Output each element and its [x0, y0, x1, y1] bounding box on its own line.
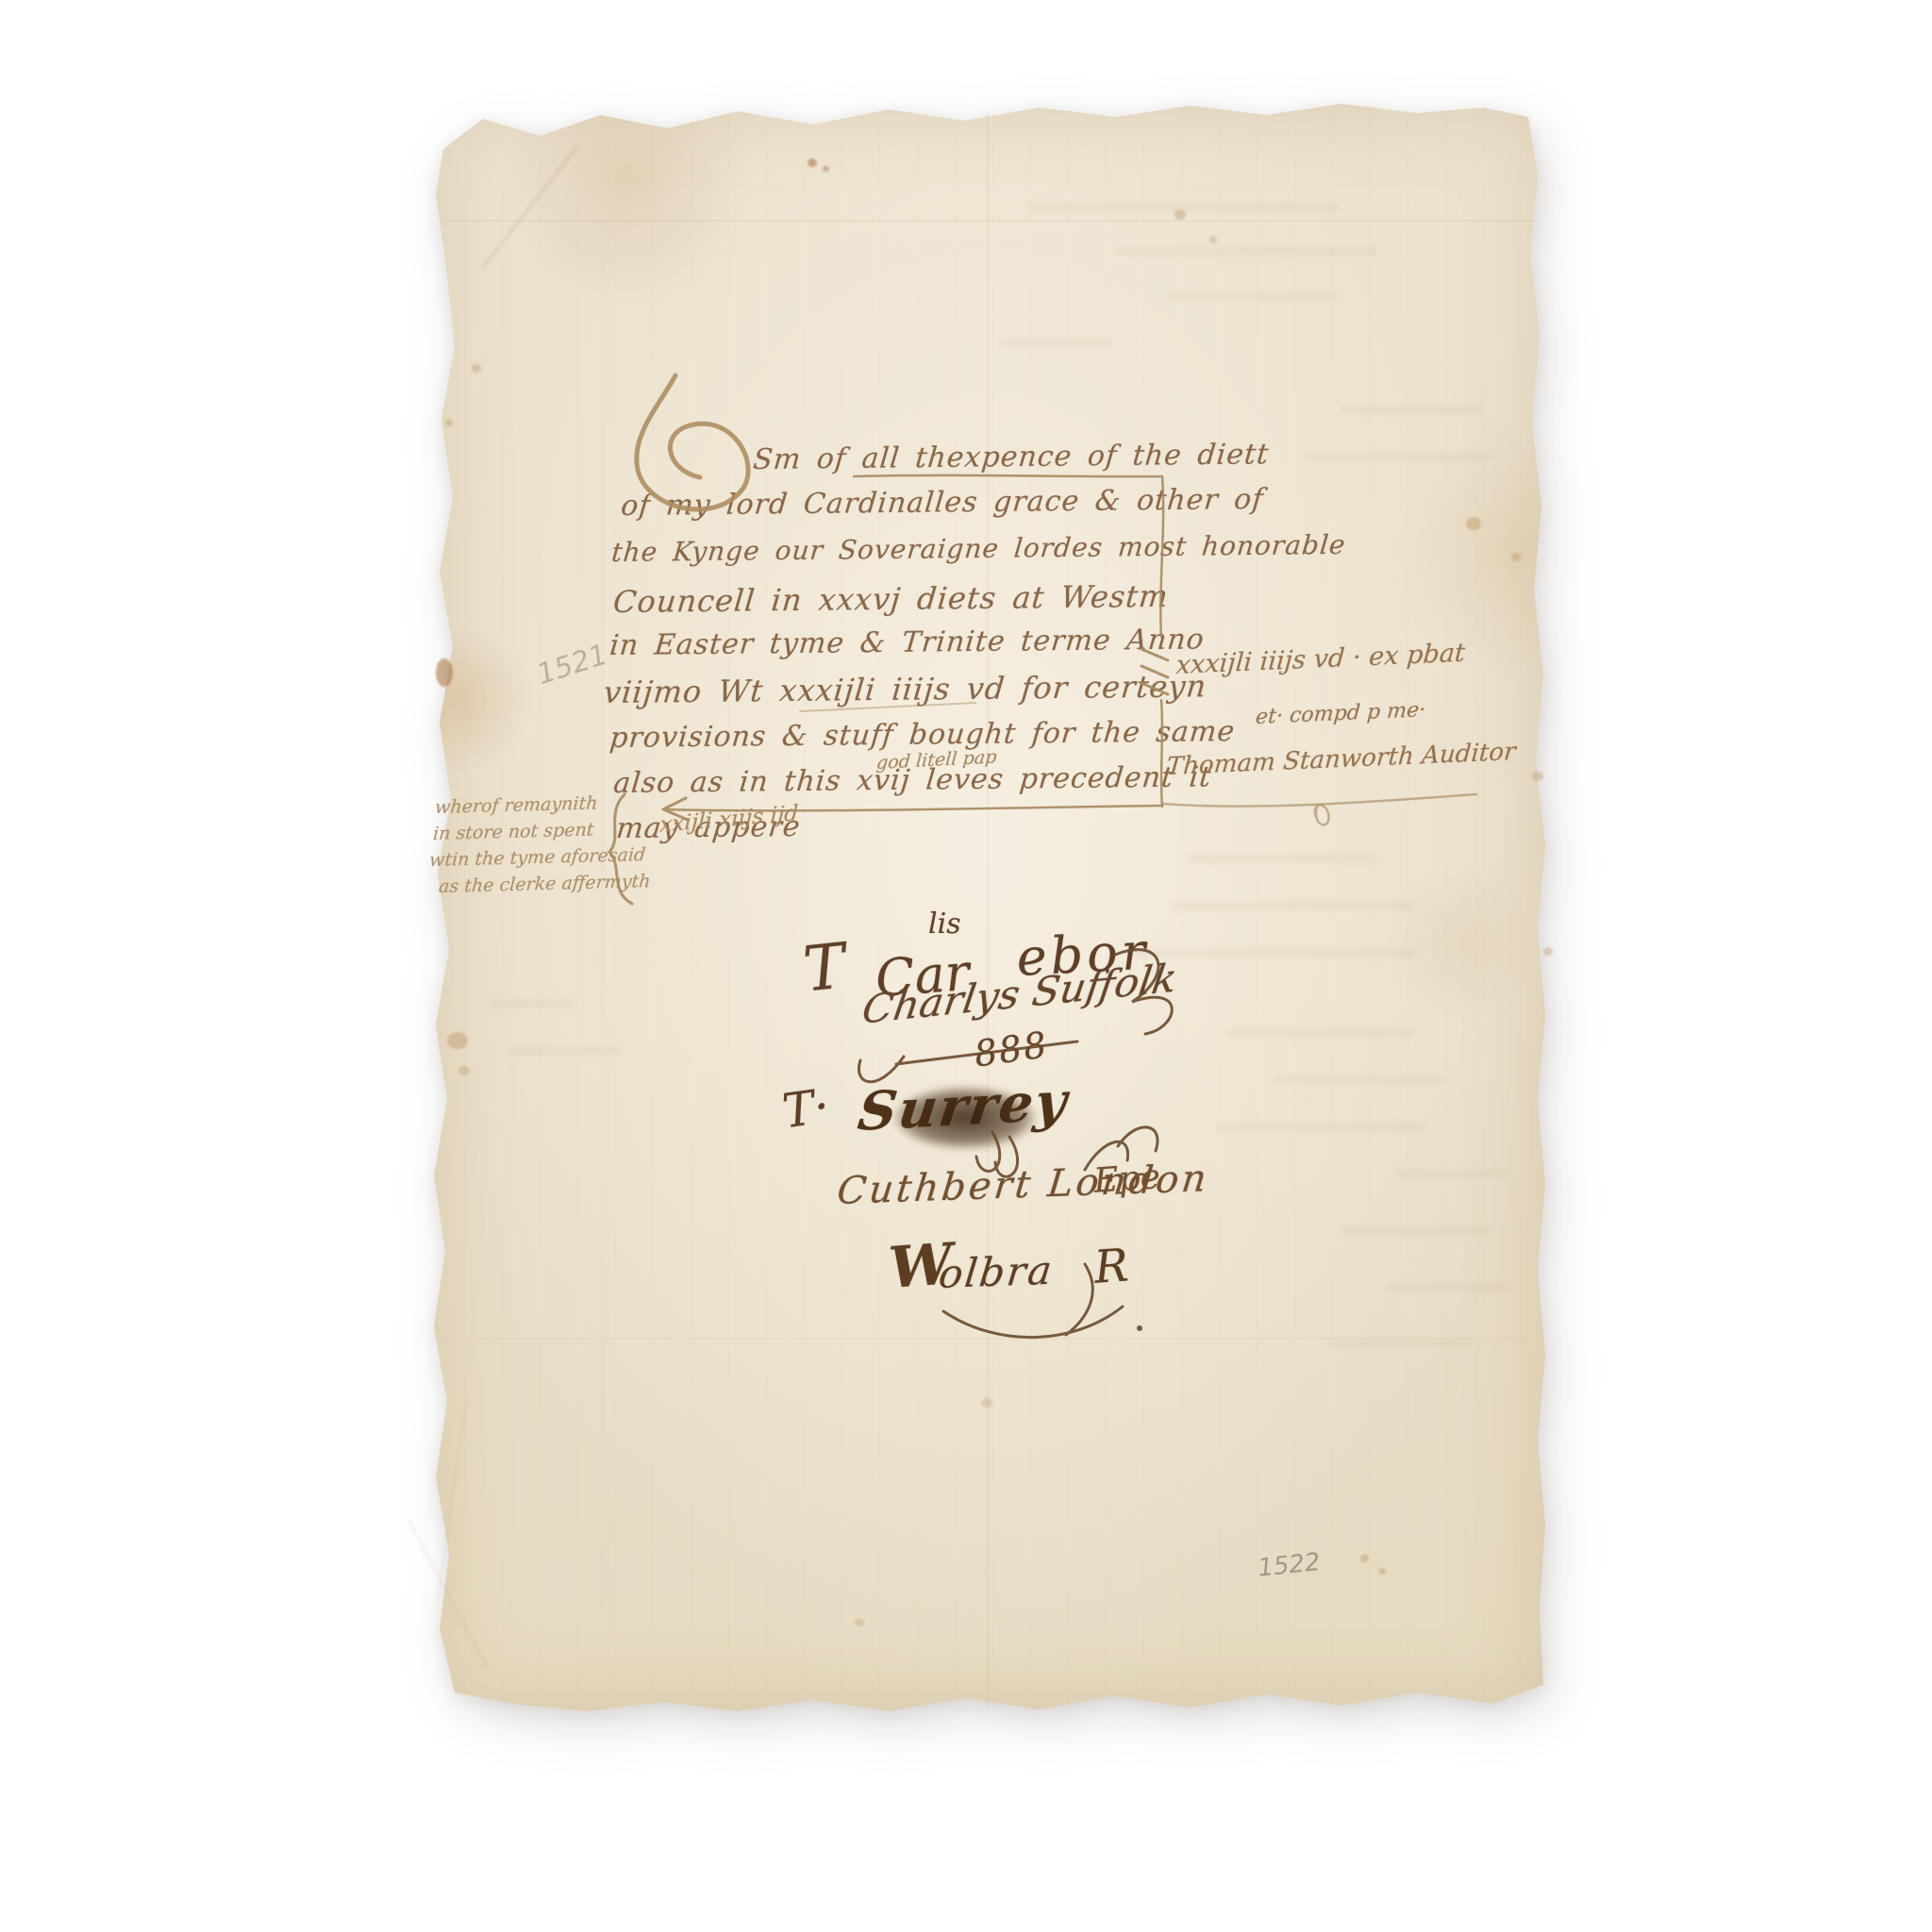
showthrough-mark	[1217, 1123, 1424, 1131]
photograph-background: { "palette": { "paper": "#eadfc9", "ink_…	[0, 0, 1932, 1932]
showthrough-mark	[1028, 203, 1340, 212]
foxing-spot	[1379, 1568, 1386, 1574]
foxing-spot	[1360, 1555, 1369, 1562]
foxing-spot	[445, 419, 453, 426]
horizontal-fold-crease	[443, 220, 1538, 222]
foxing-spot	[808, 158, 817, 167]
showthrough-mark	[1226, 1028, 1415, 1037]
showthrough-mark	[1000, 340, 1113, 347]
margin-note-line: in store not spent	[432, 820, 594, 844]
edge-stain	[436, 658, 453, 687]
foxing-spot	[1466, 517, 1481, 530]
signature-fifth: W olbra R	[887, 1232, 1189, 1336]
showthrough-mark	[1340, 406, 1481, 414]
showthrough-mark	[1330, 1340, 1472, 1347]
showthrough-mark	[1302, 453, 1491, 461]
signature-suffolk-flourish: 888	[972, 1024, 1051, 1075]
showthrough-mark	[1396, 1170, 1509, 1177]
foxing-spot	[1532, 772, 1543, 781]
foxing-spot	[458, 1066, 470, 1075]
showthrough-mark	[1170, 901, 1415, 910]
main-text-line: in Easter tyme & Trinite terme Anno	[608, 623, 1207, 662]
showthrough-mark	[1387, 1283, 1509, 1291]
showthrough-mark	[509, 1047, 623, 1055]
signature-wolsey-superscript: lis	[928, 908, 961, 941]
foxing-spot	[823, 166, 829, 172]
ink-blot	[894, 1087, 1036, 1149]
main-text-line: viijmo Wt xxxijli iiijs vd for certeyn	[602, 668, 1208, 710]
margin-rule-line	[602, 247, 603, 1606]
main-text-line: Sm of all thexpence of the diett	[752, 438, 1271, 476]
margin-note-line: wherof remaynith	[434, 792, 598, 817]
foxing-spot	[1209, 236, 1217, 243]
foxing-spot	[981, 1398, 992, 1407]
signature-wolsey-initial: T	[800, 929, 849, 1006]
showthrough-mark	[1170, 292, 1340, 300]
showthrough-mark	[1340, 1226, 1491, 1235]
showthrough-mark	[491, 1000, 575, 1008]
foxing-spot	[1511, 553, 1521, 561]
main-text-line: provisions & stuff bought for the same	[608, 715, 1237, 755]
foxing-spot	[1543, 947, 1553, 956]
foxing-spot	[447, 1032, 468, 1049]
showthrough-mark	[1189, 854, 1377, 863]
signature-tunstall-flourish: Epe	[1092, 1158, 1161, 1201]
showthrough-mark	[1274, 1075, 1443, 1084]
foxing-spot	[472, 364, 481, 373]
showthrough-mark	[1113, 247, 1377, 256]
margin-rule-line	[1477, 247, 1478, 1587]
foxing-spot	[855, 1619, 864, 1626]
signature-fifth-name: olbra	[937, 1247, 1056, 1297]
signature-surrey-initial: T·	[779, 1078, 833, 1139]
main-text-line: of my lord Cardinalles grace & other of	[620, 483, 1265, 523]
signature-fifth-tail: R	[1092, 1239, 1130, 1293]
main-text-line: Councell in xxxvj diets at Westm	[611, 578, 1170, 620]
